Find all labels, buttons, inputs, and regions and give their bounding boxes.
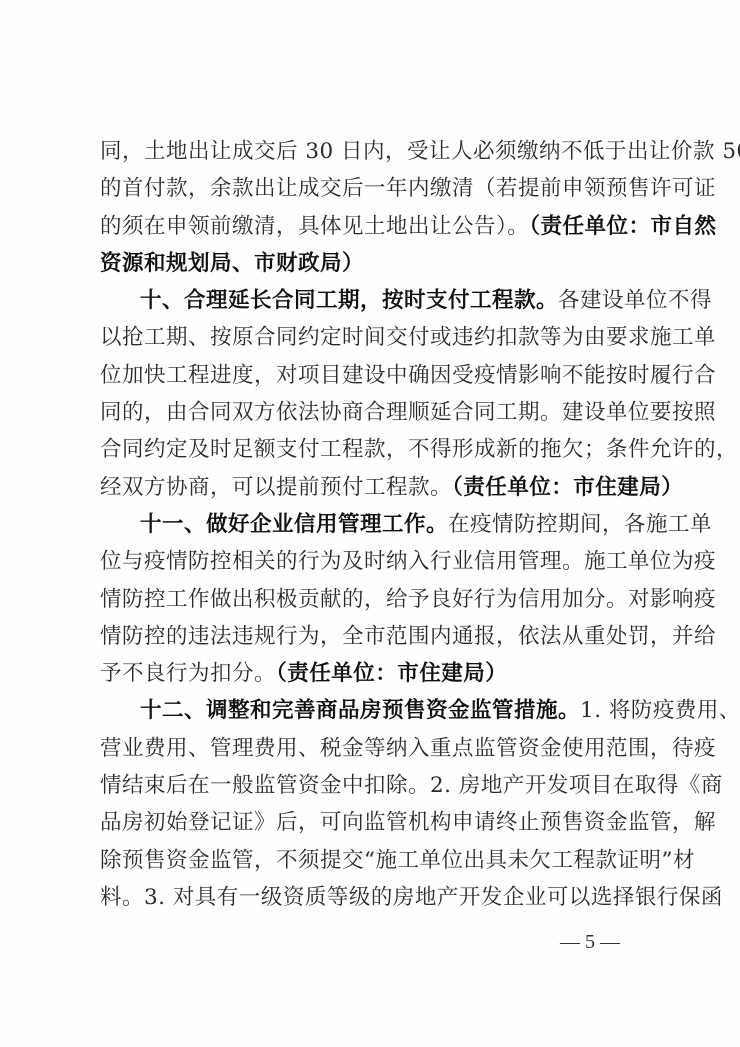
bold-text: （责任单位：市住建局） <box>452 475 683 500</box>
bold-text: （责任单位：市住建局） <box>276 661 507 686</box>
text-line: 情防控工作做出积极贡献的，给予良好行为信用加分。对影响疫 <box>100 581 652 618</box>
paragraph: 十一、做好企业信用管理工作。在疫情防控期间，各施工单位与疫情防控相关的行为及时纳… <box>100 506 652 692</box>
body-text: 除预售资金监管，不须提交“施工单位出具未欠工程款证明”材 <box>100 848 695 873</box>
body-text: 以抢工期、按原合同约定时间交付或违约扣款等为由要求施工单 <box>100 325 716 350</box>
body-text: 各建设单位不得 <box>558 288 712 313</box>
body-text: 的须在申领前缴清，具体见土地出让公告）。 <box>100 214 529 239</box>
text-line: 的首付款，余款出让成交后一年内缴清（若提前申领预售许可证 <box>100 170 652 207</box>
body-text: 的首付款，余款出让成交后一年内缴清（若提前申领预售许可证 <box>100 176 716 201</box>
body-text: 情防控工作做出积极贡献的，给予良好行为信用加分。对影响疫 <box>100 587 716 612</box>
body-text: 合同约定及时足额支付工程款，不得形成新的拖欠；条件允许的， <box>100 437 738 462</box>
body-text: 同，土地出让成交后 30 日内，受让人必须缴纳不低于出让价款 50% <box>100 139 740 164</box>
text-line: 的须在申领前缴清，具体见土地出让公告）。（责任单位：市自然 <box>100 208 652 245</box>
text-line: 经双方协商，可以提前预付工程款。（责任单位：市住建局） <box>100 469 652 506</box>
text-line: 以抢工期、按原合同约定时间交付或违约扣款等为由要求施工单 <box>100 319 652 356</box>
document-body: 同，土地出让成交后 30 日内，受让人必须缴纳不低于出让价款 50%的首付款，余… <box>100 133 652 916</box>
text-line: 位加快工程进度，对项目建设中确因受疫情影响不能按时履行合 <box>100 357 652 394</box>
text-line: 十、合理延长合同工期，按时支付工程款。各建设单位不得 <box>100 282 652 319</box>
text-line: 品房初始登记证》后，可向监管机构申请终止预售资金监管，解 <box>100 804 652 841</box>
text-line: 合同约定及时足额支付工程款，不得形成新的拖欠；条件允许的， <box>100 431 652 468</box>
bold-text: 十一、做好企业信用管理工作。 <box>140 512 448 537</box>
body-text: 位与疫情防控相关的行为及时纳入行业信用管理。施工单位为疫 <box>100 549 716 574</box>
paragraph: 十、合理延长合同工期，按时支付工程款。各建设单位不得以抢工期、按原合同约定时间交… <box>100 282 652 506</box>
body-text: 品房初始登记证》后，可向监管机构申请终止预售资金监管，解 <box>100 810 716 835</box>
text-line: 位与疫情防控相关的行为及时纳入行业信用管理。施工单位为疫 <box>100 543 652 580</box>
paragraph: 十二、调整和完善商品房预售资金监管措施。1. 将防疫费用、营业费用、管理费用、税… <box>100 692 652 916</box>
bold-text: 十二、调整和完善商品房预售资金监管措施。 <box>140 698 580 723</box>
body-text: 情防控的违法违规行为，全市范围内通报，依法从重处罚，并给 <box>100 624 716 649</box>
body-text: 情结束后在一般监管资金中扣除。2. 房地产开发项目在取得《商 <box>100 773 723 798</box>
body-text: 位加快工程进度，对项目建设中确因受疫情影响不能按时履行合 <box>100 363 716 388</box>
paragraph: 同，土地出让成交后 30 日内，受让人必须缴纳不低于出让价款 50%的首付款，余… <box>100 133 652 282</box>
text-line: 情结束后在一般监管资金中扣除。2. 房地产开发项目在取得《商 <box>100 767 652 804</box>
text-line: 同，土地出让成交后 30 日内，受让人必须缴纳不低于出让价款 50% <box>100 133 652 170</box>
body-text: 营业费用、管理费用、税金等纳入重点监管资金使用范围，待疫 <box>100 736 716 761</box>
text-line: 予不良行为扣分。（责任单位：市住建局） <box>100 655 652 692</box>
text-line: 十一、做好企业信用管理工作。在疫情防控期间，各施工单 <box>100 506 652 543</box>
bold-text: 资源和规划局、市财政局） <box>100 251 364 276</box>
bold-text: 十、合理延长合同工期，按时支付工程款。 <box>140 288 558 313</box>
page-number: — 5 — <box>560 931 620 954</box>
body-text: 在疫情防控期间，各施工单 <box>448 512 712 537</box>
body-text: 1. 将防疫费用、 <box>580 698 740 723</box>
body-text: 予不良行为扣分。 <box>100 661 276 686</box>
body-text: 经双方协商，可以提前预付工程款。 <box>100 475 452 500</box>
text-line: 料。3. 对具有一级资质等级的房地产开发企业可以选择银行保函 <box>100 879 652 916</box>
body-text: 同的，由合同双方依法协商合理顺延合同工期。建设单位要按照 <box>100 400 716 425</box>
text-line: 情防控的违法违规行为，全市范围内通报，依法从重处罚，并给 <box>100 618 652 655</box>
bold-text: （责任单位：市自然 <box>529 214 716 239</box>
text-line: 营业费用、管理费用、税金等纳入重点监管资金使用范围，待疫 <box>100 730 652 767</box>
text-line: 十二、调整和完善商品房预售资金监管措施。1. 将防疫费用、 <box>100 692 652 729</box>
text-line: 同的，由合同双方依法协商合理顺延合同工期。建设单位要按照 <box>100 394 652 431</box>
document-page: 同，土地出让成交后 30 日内，受让人必须缴纳不低于出让价款 50%的首付款，余… <box>0 0 740 1047</box>
text-line: 资源和规划局、市财政局） <box>100 245 652 282</box>
body-text: 料。3. 对具有一级资质等级的房地产开发企业可以选择银行保函 <box>100 885 723 910</box>
text-line: 除预售资金监管，不须提交“施工单位出具未欠工程款证明”材 <box>100 842 652 879</box>
